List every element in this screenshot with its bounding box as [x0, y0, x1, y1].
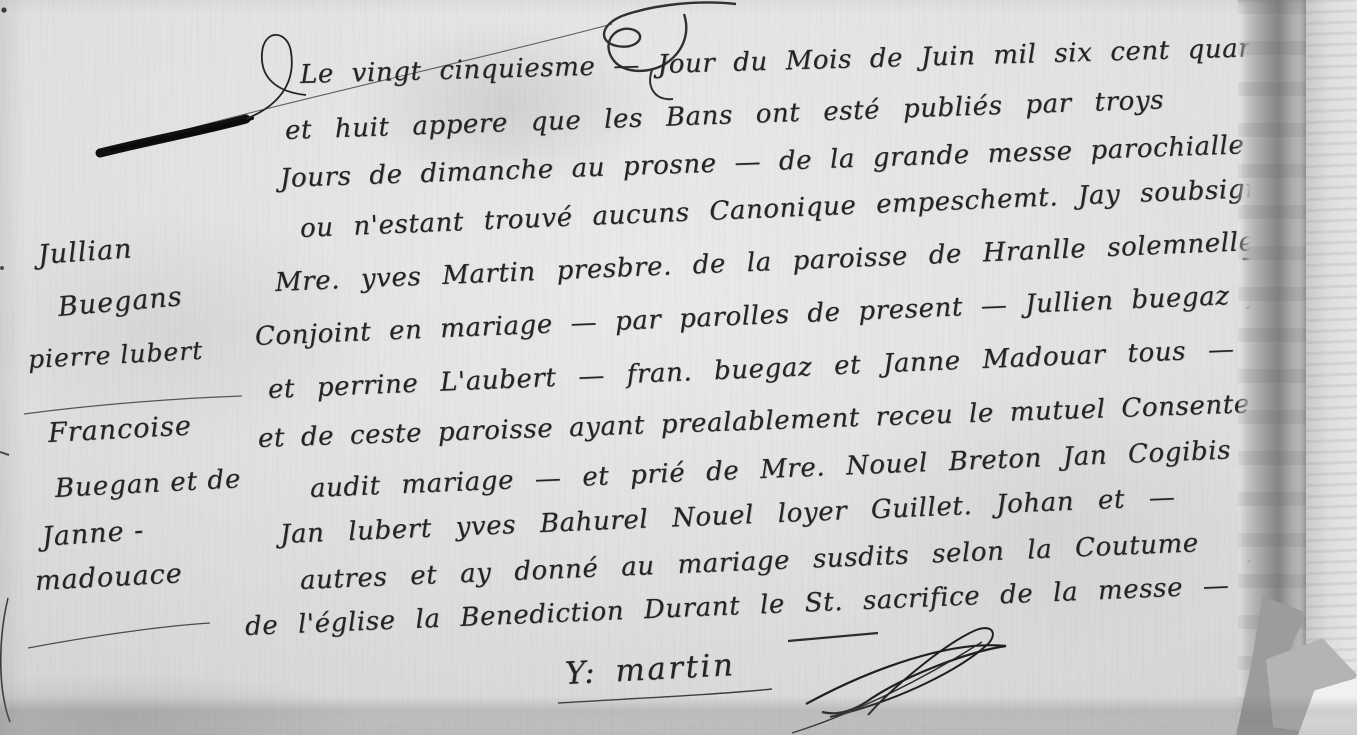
margin-name-bride: pierre lubert [27, 336, 204, 374]
initial-letter-flourish [100, 35, 306, 153]
margin-name-groom-first: Jullian [37, 233, 134, 271]
act-line-1: Le vingt cinquiesme — Jour du Mois de Ju… [300, 31, 1357, 90]
priest-signature: Y: martin [564, 647, 736, 692]
margin-name-mother-first: Janne - [41, 515, 145, 553]
bottom-left-shadow [0, 660, 400, 735]
margin-underline-swash [28, 623, 210, 648]
margin-divider-rule [24, 396, 242, 414]
margin-name-father-last: Buegan et de [54, 464, 242, 504]
left-edge-ink-marks [0, 7, 10, 722]
margin-name-mother-last: madouace [34, 558, 183, 597]
benediction-underline [788, 633, 878, 641]
margin-name-groom-last: Buegans [57, 281, 184, 323]
manuscript-page: Jullian Buegans pierre lubert Francoise … [0, 0, 1357, 735]
page-edge-outer [1306, 0, 1357, 735]
margin-name-father-first: Francoise [47, 410, 192, 448]
